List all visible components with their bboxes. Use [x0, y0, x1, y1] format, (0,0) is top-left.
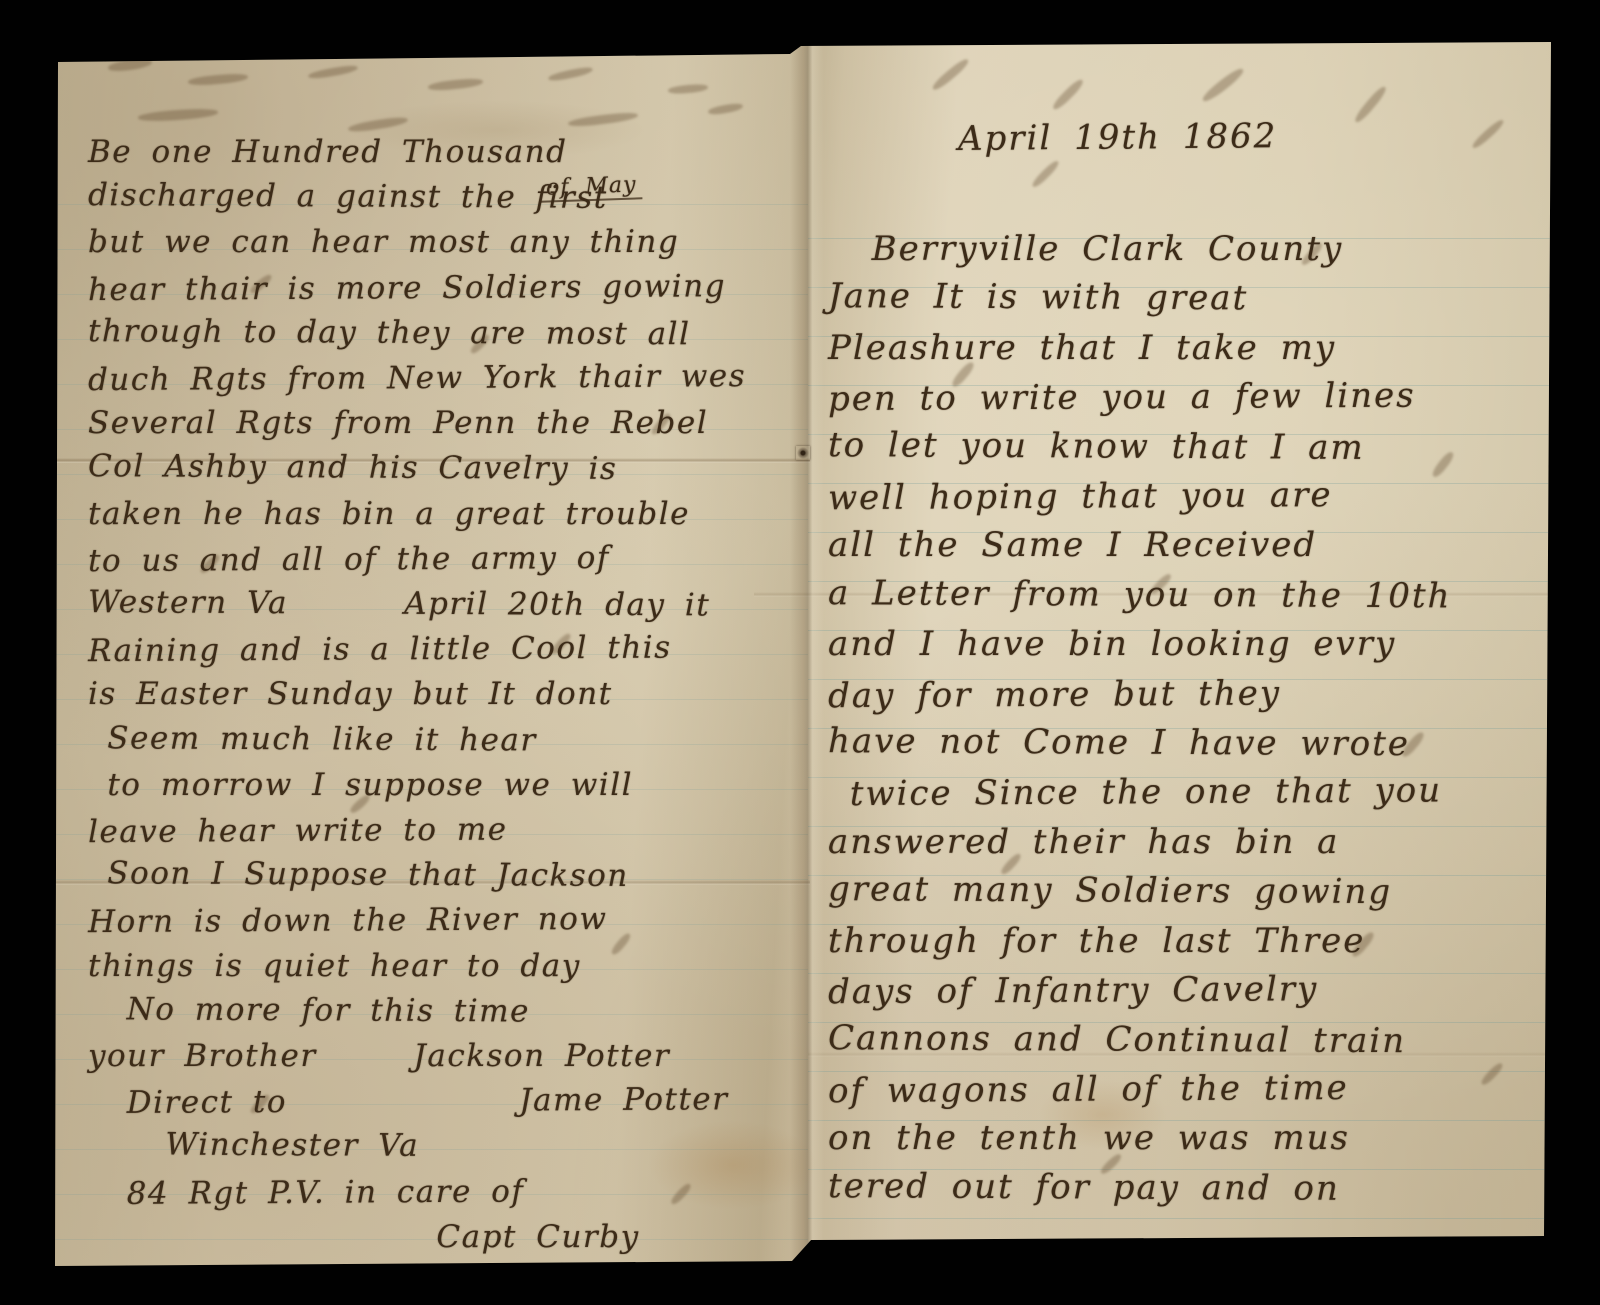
handwritten-line: Capt Curby [88, 1215, 798, 1260]
handwritten-line: tered out for pay and on [828, 1162, 1550, 1215]
letter-page-left: of May Be one Hundred Thousanddischarged… [88, 130, 798, 1260]
handwritten-line: 84 Rgt P.V. in care of [88, 1168, 798, 1218]
handwritten-line: have not Come I have wrote [828, 717, 1550, 770]
handwritten-line: Cannons and Continual train [828, 1014, 1550, 1067]
handwritten-line: your Brother Jackson Potter [88, 1034, 798, 1079]
handwritten-line: days of Infantry Cavelry [828, 964, 1550, 1018]
ink-smudge [930, 57, 970, 93]
handwritten-line: to let you know that I am [828, 421, 1550, 474]
handwritten-line: to morrow I suppose we will [88, 763, 798, 808]
ink-smudge [548, 65, 594, 82]
handwritten-line: answered their has bin a [828, 818, 1550, 867]
handwritten-line: pen to write you a few lines [828, 371, 1550, 425]
handwritten-line: twice Since the one that you [828, 766, 1550, 820]
handwritten-line: taken he has bin a great trouble [88, 492, 798, 537]
handwritten-line: Winchester Va [88, 1123, 798, 1172]
handwritten-line: day for more but they [828, 667, 1550, 721]
handwritten-line: hear thair is more Soldiers gowing [88, 263, 798, 313]
handwritten-line: well hoping that you are [828, 470, 1550, 524]
handwritten-line: a Letter from you on the 10th [828, 569, 1550, 622]
handwritten-line: through to day they are most all [88, 309, 798, 358]
ink-smudge [138, 107, 219, 123]
date-line: April 19th 1862 [828, 109, 1550, 165]
handwritten-line: Col Ashby and his Cavelry is [88, 445, 798, 494]
handwritten-line: leave hear write to me [88, 806, 798, 856]
handwritten-line: is Easter Sunday but It dont [88, 672, 798, 717]
handwritten-line: things is quiet hear to day [88, 944, 798, 989]
ink-smudge [708, 102, 744, 116]
handwritten-line: Soon I Suppose that Jackson [88, 851, 798, 900]
handwritten-line: Jane It is with great [828, 273, 1550, 326]
handwritten-line: and I have bin looking evry [828, 620, 1550, 669]
handwritten-line: but we can hear most any thing [88, 220, 798, 265]
handwritten-line: all the Same I Received [828, 521, 1550, 570]
ink-smudge [308, 64, 359, 81]
photo-background: of May Be one Hundred Thousanddischarged… [0, 0, 1600, 1305]
handwritten-line: Several Rgts from Penn the Rebel [88, 401, 798, 446]
handwritten-line: Raining and is a little Cool this [88, 625, 798, 675]
handwritten-line: great many Soldiers gowing [828, 865, 1550, 918]
ink-smudge [188, 72, 249, 86]
handwritten-line: Seem much like it hear [88, 716, 798, 765]
handwritten-line: Western Va April 20th day it [88, 580, 798, 629]
ink-smudge [668, 83, 709, 94]
handwritten-line: Berryville Clark County [828, 225, 1550, 274]
handwritten-line: to us and all of the army of [88, 535, 798, 585]
handwritten-line: Pleashure that I take my [828, 324, 1550, 373]
handwritten-line: Direct to Jame Potter [88, 1077, 798, 1127]
ink-smudge [428, 77, 484, 92]
handwritten-line: of wagons all of the time [828, 1063, 1550, 1117]
handwritten-line: Horn is down the River now [88, 896, 798, 946]
letter-sheet: of May Be one Hundred Thousanddischarged… [48, 40, 1554, 1270]
ink-smudge [1200, 66, 1246, 105]
handwritten-line: No more for this time [88, 987, 798, 1036]
ink-smudge [108, 57, 153, 73]
handwritten-line: duch Rgts from New York thair wes [88, 354, 798, 404]
handwritten-line: on the tenth we was mus [828, 1114, 1550, 1163]
handwritten-line: Be one Hundred Thousand [88, 130, 798, 175]
handwritten-line: through for the last Three [828, 917, 1550, 966]
letter-page-right: April 19th 1862 Berryville Clark CountyJ… [828, 112, 1550, 1213]
handwritten-line: discharged a gainst the first [88, 173, 798, 222]
ink-smudge [1051, 77, 1086, 112]
ink-smudge [568, 111, 639, 128]
